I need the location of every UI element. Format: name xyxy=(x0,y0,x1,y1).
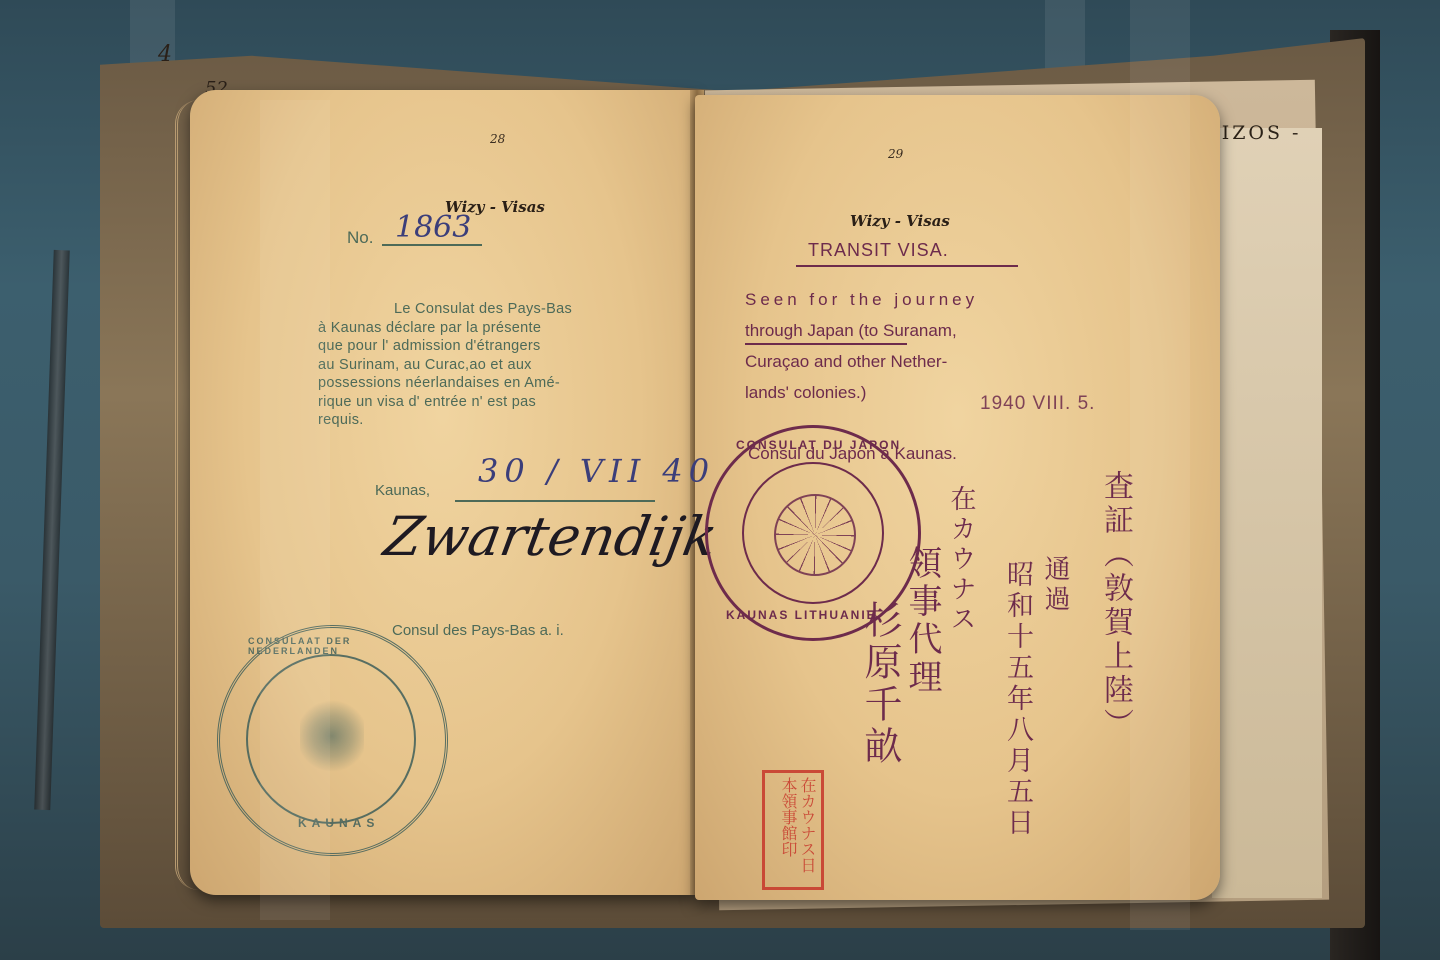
blank-leaf xyxy=(1212,128,1322,898)
declaration-line: que pour l' admission d'étrangers xyxy=(318,337,663,356)
chrysanthemum-icon xyxy=(774,494,856,576)
declaration-line: requis. xyxy=(318,411,663,430)
red-seal: 在カウナス日本領事館印 xyxy=(762,770,824,890)
consul-signature: Zwartendijk xyxy=(379,505,722,568)
transit-visa-body: Seen for the journey through Japan (to S… xyxy=(745,284,1075,408)
transit-visa-title: TRANSIT VISA. xyxy=(808,240,949,261)
japan-underline xyxy=(745,343,907,345)
page-number-left: 28 xyxy=(490,132,505,146)
declaration-line: rique un visa d' entrée n' est pas xyxy=(318,393,663,412)
declaration-line: Le Consulat des Pays-Bas xyxy=(318,300,663,319)
visa-number: 1863 xyxy=(395,210,471,245)
number-label: No. xyxy=(347,228,373,248)
dutch-consulate-stamp: CONSULAAT DER NEDERLANDEN KAUNAS xyxy=(217,625,448,856)
stamp-outer-bottom: KAUNAS LITHUANIE xyxy=(726,608,877,622)
declaration-line: possessions néerlandaises en Amé- xyxy=(318,374,663,393)
date-stamp: 1940 VIII. 5. xyxy=(980,393,1095,415)
jp-column-date: 昭和十五年八月五日 xyxy=(1002,560,1032,839)
jp-column-location: 在カウナス xyxy=(944,485,978,635)
display-rod xyxy=(34,250,70,810)
date-underline xyxy=(455,500,655,502)
declaration-line: à Kaunas déclare par la présente xyxy=(318,319,663,338)
stamp-outer-top: CONSULAT DU JAPON xyxy=(736,438,901,452)
body-line: Seen for the journey xyxy=(745,284,1075,315)
protective-tape xyxy=(260,100,330,920)
jp-column-visa: 査証（敦賀上陸） xyxy=(1098,470,1132,742)
stamp-inner-ring xyxy=(742,462,884,604)
declaration-line: au Surinam, au Curac,ao et aux xyxy=(318,356,663,375)
handwritten-date: 30 / VII 40 xyxy=(478,452,715,490)
body-line: Curaçao and other Nether- xyxy=(745,346,1075,377)
page-number-right: 29 xyxy=(888,147,903,161)
jp-column-title: 領事代理 xyxy=(905,545,939,697)
protective-tape xyxy=(1130,0,1190,930)
place-label: Kaunas, xyxy=(375,482,430,499)
pencil-note: 4 xyxy=(158,42,172,67)
jp-column-transit: 通過 xyxy=(1038,555,1072,615)
title-underline xyxy=(796,265,1018,267)
dutch-declaration: Le Consulat des Pays-Bas à Kaunas déclar… xyxy=(318,300,663,430)
number-underline xyxy=(382,244,482,246)
jp-column-name: 杉原千畝 xyxy=(860,600,900,768)
right-heading: Wizy - Visas xyxy=(850,212,950,230)
body-line: through Japan (to Suranam, xyxy=(745,315,1075,346)
